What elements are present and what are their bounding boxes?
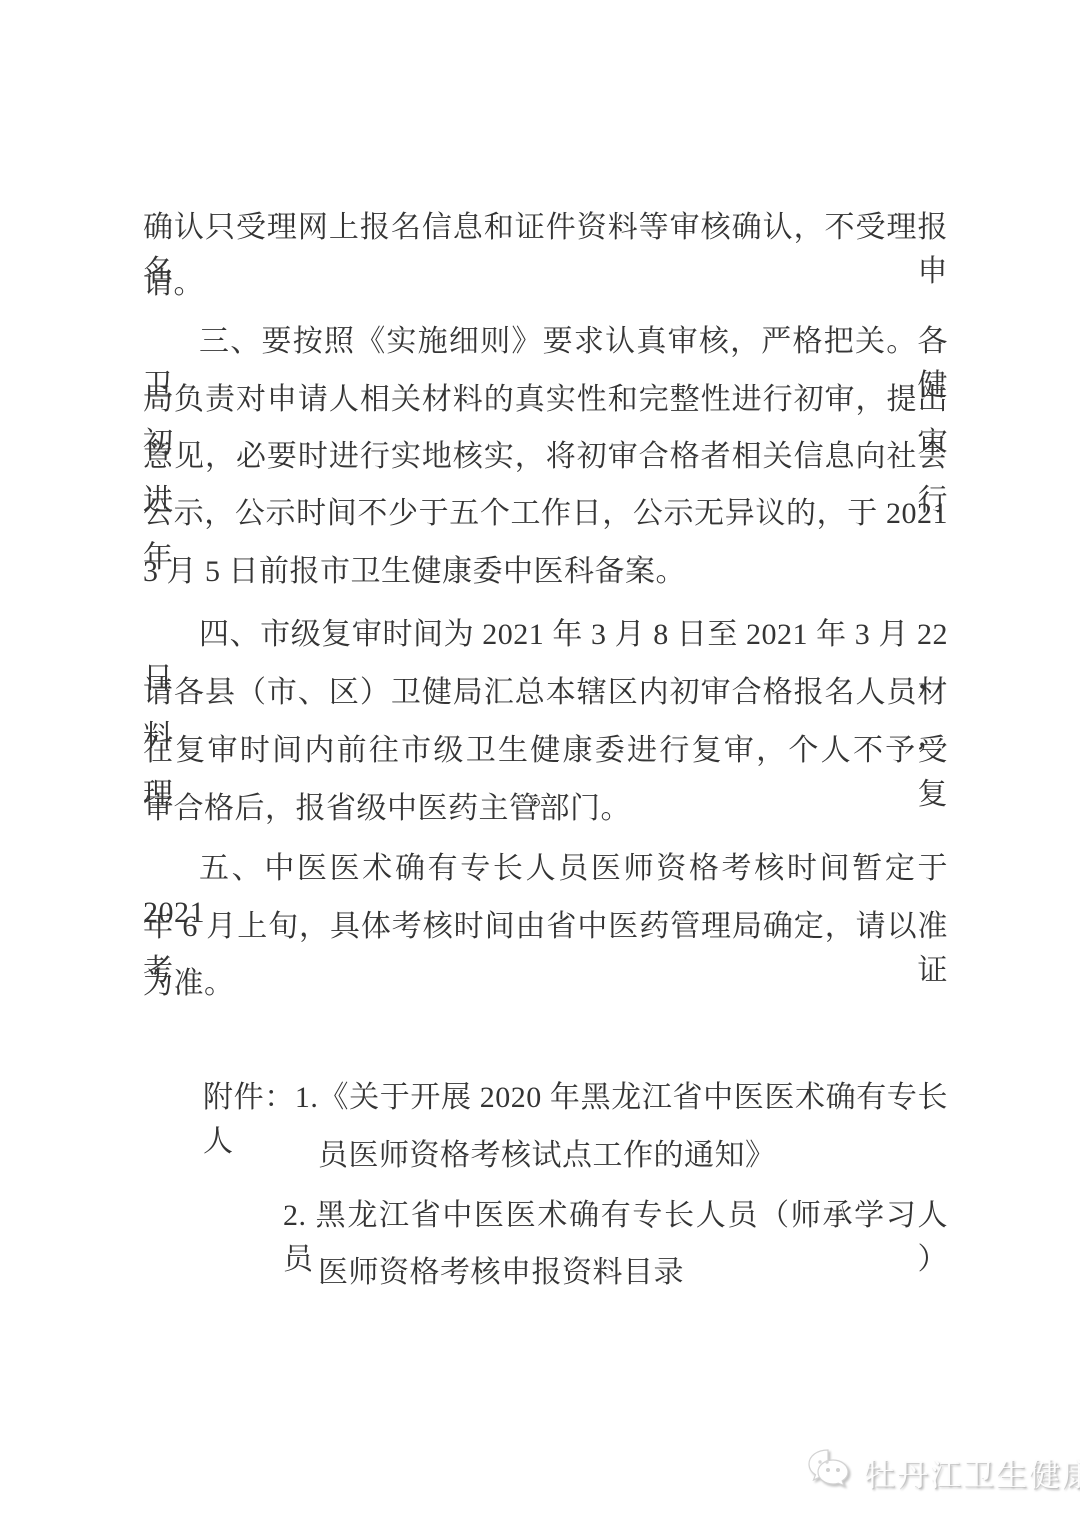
- watermark-text: 牡丹江卫生健康: [864, 1450, 1080, 1495]
- document-page: 确认只受理网上报名信息和证件资料等审核确认，不受理报名申 请。 三、要按照《实施…: [0, 0, 1080, 1527]
- attachment-line: 医师资格考核申报资料目录: [143, 1251, 1080, 1295]
- body-line: 3 月 5 日前报市卫生健康委中医科备案。: [143, 550, 948, 594]
- body-line: 请。: [143, 262, 948, 306]
- watermark: 牡丹江卫生健康: [800, 1444, 1080, 1500]
- wechat-icon: [800, 1444, 856, 1500]
- attachment-line: 员医师资格考核试点工作的通知》: [143, 1134, 1080, 1178]
- body-line: 审合格后，报省级中医药主管部门。: [143, 787, 948, 831]
- body-line: 为准。: [143, 962, 948, 1006]
